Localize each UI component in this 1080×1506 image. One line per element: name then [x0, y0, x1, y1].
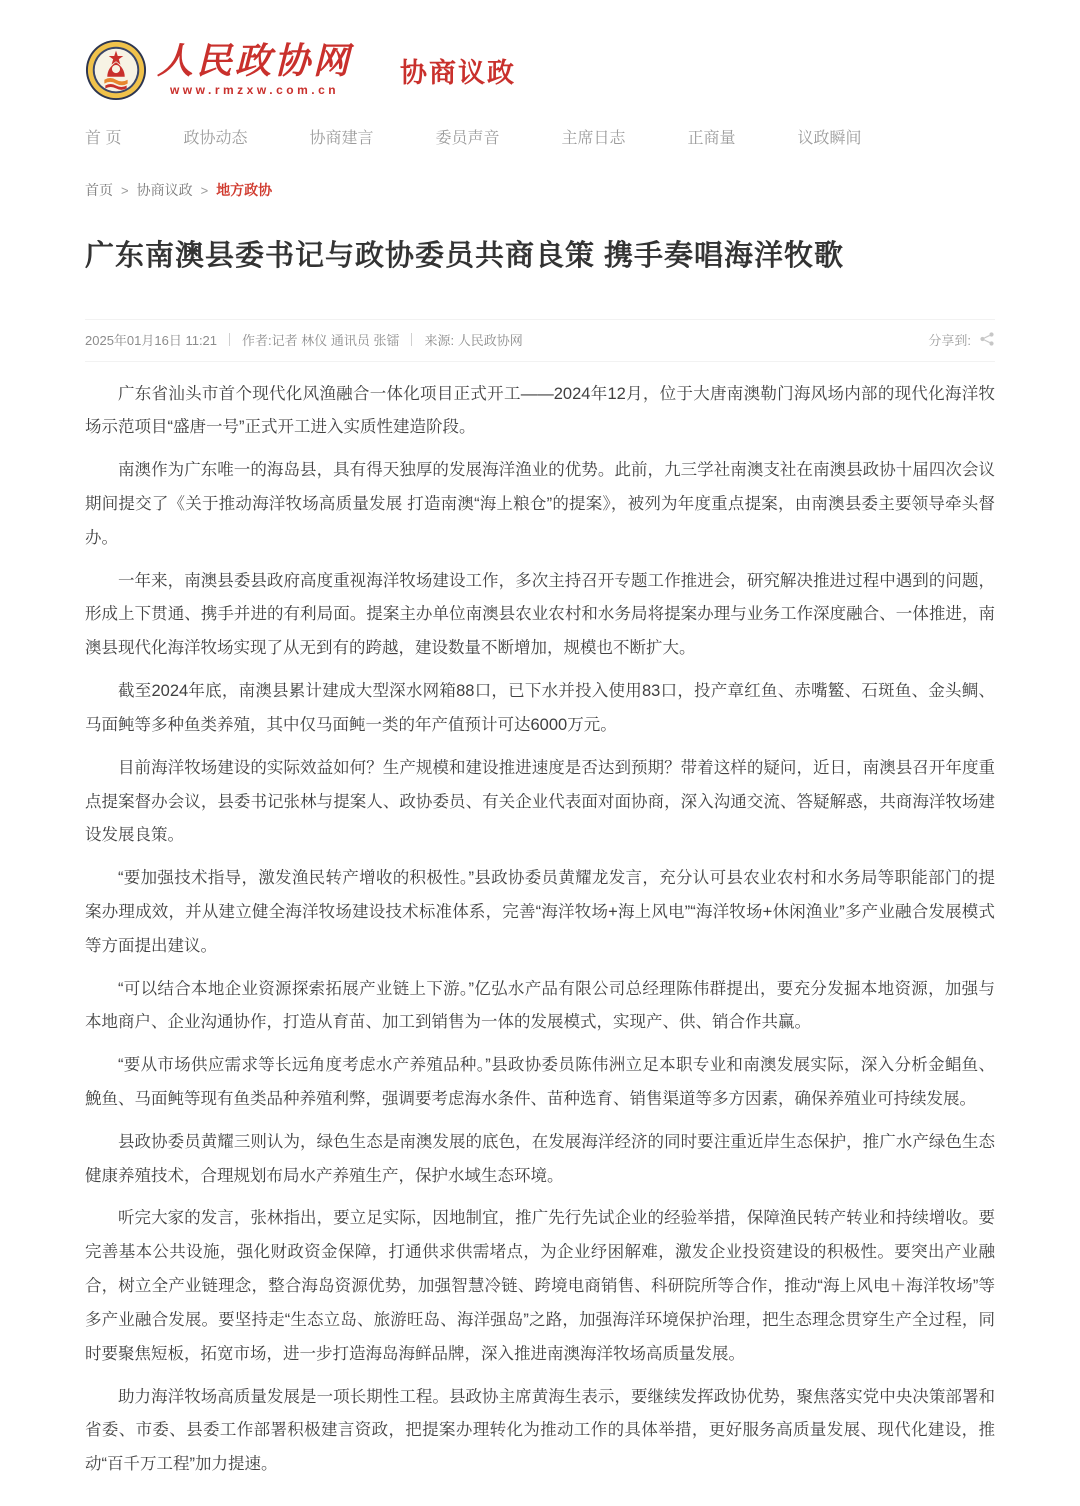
nav-item[interactable]: 议政瞬间	[798, 125, 862, 148]
article-meta-bar: 2025年01月16日 11:21 作者:记者 林仪 通讯员 张镭 来源: 人民…	[85, 319, 995, 362]
article-paragraph: 目前海洋牧场建设的实际效益如何？生产规模和建设推进速度是否达到预期？带着这样的疑…	[85, 752, 995, 853]
article-meta-left: 2025年01月16日 11:21 作者:记者 林仪 通讯员 张镭 来源: 人民…	[85, 330, 523, 349]
site-header: 人民政协网 www.rmzxw.com.cn 协商议政	[85, 0, 995, 106]
nav-item[interactable]: 政协动态	[183, 125, 247, 148]
breadcrumb-separator: >	[201, 183, 209, 198]
nav-item[interactable]: 正商量	[688, 125, 736, 148]
nav-item[interactable]: 协商建言	[309, 125, 373, 148]
nav-item[interactable]: 委员声音	[435, 125, 499, 148]
page-container: 人民政协网 www.rmzxw.com.cn 协商议政 首 页政协动态协商建言委…	[0, 0, 1080, 1506]
channel-title: 协商议政	[400, 51, 516, 90]
meta-divider	[411, 333, 412, 346]
article-paragraph: “要从市场供应需求等长远角度考虑水产养殖品种。”县政协委员陈伟洲立足本职专业和南…	[85, 1049, 995, 1117]
share-label: 分享到:	[928, 330, 971, 349]
meta-divider	[229, 333, 230, 346]
main-nav: 首 页政协动态协商建言委员声音主席日志正商量议政瞬间	[85, 110, 995, 162]
article-paragraph: 一年来，南澳县委县政府高度重视海洋牧场建设工作，多次主持召开专题工作推进会，研究…	[85, 565, 995, 666]
article-paragraph: 广东省汕头市首个现代化风渔融合一体化项目正式开工——2024年12月，位于大唐南…	[85, 378, 995, 446]
breadcrumb: 首页 > 协商议政 > 地方政协	[85, 180, 995, 200]
article-paragraph: “要加强技术指导，激发渔民转产增收的积极性。”县政协委员黄耀龙发言，充分认可县农…	[85, 862, 995, 963]
article-paragraph: 助力海洋牧场高质量发展是一项长期性工程。县政协主席黄海生表示，要继续发挥政协优势…	[85, 1381, 995, 1482]
article-paragraph: 截至2024年底，南澳县累计建成大型深水网箱88口，已下水并投入使用83口，投产…	[85, 675, 995, 743]
site-logo[interactable]: 人民政协网 www.rmzxw.com.cn	[85, 39, 352, 101]
article-author: 作者:记者 林仪 通讯员 张镭	[242, 330, 399, 349]
nav-item[interactable]: 首 页	[85, 125, 121, 148]
article-paragraph: 县政协委员黄耀三则认为，绿色生态是南澳发展的底色，在发展海洋经济的同时要注重近岸…	[85, 1126, 995, 1194]
publish-datetime: 2025年01月16日 11:21	[85, 330, 217, 349]
article-paragraph: “可以结合本地企业资源探索拓展产业链上下游。”亿弘水产品有限公司总经理陈伟群提出…	[85, 973, 995, 1041]
logo-url: www.rmzxw.com.cn	[170, 83, 339, 97]
share-block: 分享到:	[928, 330, 995, 349]
breadcrumb-channel-link[interactable]: 协商议政	[137, 180, 193, 200]
breadcrumb-home-link[interactable]: 首页	[85, 180, 113, 200]
article-paragraph: 南澳作为广东唯一的海岛县，具有得天独厚的发展海洋渔业的优势。此前，九三学社南澳支…	[85, 454, 995, 555]
logo-text-block: 人民政协网 www.rmzxw.com.cn	[157, 43, 352, 98]
logo-title: 人民政协网	[157, 43, 352, 81]
article-title: 广东南澳县委书记与政协委员共商良策 携手奏唱海洋牧歌	[85, 236, 995, 277]
breadcrumb-current: 地方政协	[216, 180, 272, 200]
cppcc-emblem-icon	[85, 39, 147, 101]
article-body: 广东省汕头市首个现代化风渔融合一体化项目正式开工——2024年12月，位于大唐南…	[85, 378, 995, 1506]
breadcrumb-separator: >	[121, 183, 129, 198]
share-nodes-icon[interactable]	[979, 331, 995, 347]
article-source: 来源: 人民政协网	[424, 330, 522, 349]
article-paragraph: 听完大家的发言，张林指出，要立足实际，因地制宜，推广先行先试企业的经验举措，保障…	[85, 1202, 995, 1371]
nav-item[interactable]: 主席日志	[562, 125, 626, 148]
